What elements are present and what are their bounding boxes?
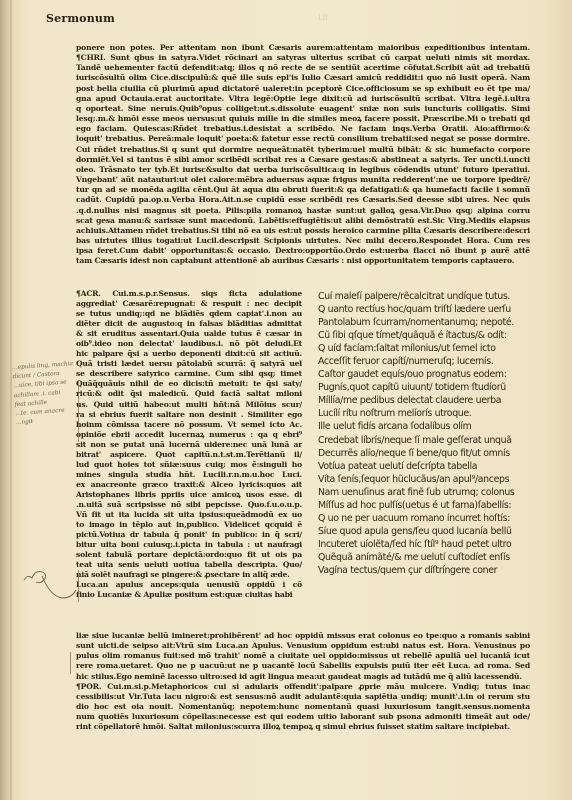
commentary-line: solent tabulã portare depictã:ordo:quo f… (76, 550, 302, 560)
commentary-line: sunt uicti.de seipso ait:Vtrũ sim Luca.a… (76, 641, 530, 651)
margin-bracket-mark (78, 380, 79, 442)
commentary-line: se tutus undiq;:qd ne blãdiẽs qdem capia… (76, 309, 302, 319)
commentary-line: pictũ.Votiua dr tabula q̃ ponit' in publ… (76, 530, 302, 540)
commentary-line: Cui rñdet trebatius.Si q sunt qui dormir… (76, 145, 530, 155)
commentary-line: & sit eruditus assentari.Quia ualde tutu… (76, 329, 302, 339)
commentary-line: to imago in tẽplo aut in,publico. Videli… (76, 520, 302, 530)
commentary-line: scat gesa manu:& sarissæ sunt macedonũ. … (76, 216, 530, 226)
commentary-line: oib⁹.ideo non delectat' laudibus.i. nõ p… (76, 339, 302, 349)
commentary-line: ¶ACR. Cui.m.s.p.r.Sensus. siqs ficta adu… (76, 289, 302, 299)
commentary-line: se describere satyrico carmine. Cum sibi… (76, 369, 302, 379)
commentary-line: iuriscõsultũ olim Cice.discipulũ:& quẽ i… (76, 73, 530, 83)
commentary-left-column: ¶ACR. Cui.m.s.p.r.Sensus. siqs ficta adu… (76, 289, 302, 600)
commentary-line: hic palpare q̃si a uerbo deponenti dixit… (76, 349, 302, 359)
commentary-line: .q.d.nullus nisi magnus sit poeta. Pilis… (76, 206, 530, 216)
verse-line: Míſſus ad hoc pulſís(uetus é ut fama)ſab… (318, 499, 556, 512)
commentary-line: Quã tristi lædet uersu pãtolabũ scurrã: … (76, 359, 302, 369)
commentary-line: bitrat' aspicere. Quot capitũ.n.t.st.m.T… (76, 450, 302, 460)
commentary-line: Aristophanes libris ppriis uice amicoꝝ u… (76, 490, 302, 500)
verse-line: Votíua pateat uelutí deſcrípta tabella (318, 460, 556, 473)
commentary-line: tam Cæsaris idest non captabunt attentio… (76, 256, 530, 266)
commentary-line: hoinm cõmissa tacere nõ possum. Vt semel… (76, 420, 302, 430)
commentary-line: ¶POR. Cui.m.si.p.Metaphoricos cui si adu… (76, 682, 530, 692)
verse-line: Víta ſenís,ſequor hũclucãus/an apul⁹/anc… (318, 473, 556, 486)
commentary-line: hic stilus.Ego neminẽ lacesso ultro:sed … (76, 672, 530, 682)
commentary-line: Tandẽ uehementer factũ defendit:atq; ill… (76, 63, 530, 73)
verse-line: Incuteret uíolẽta/ſed híc ſtíl⁹ haud pet… (318, 538, 556, 551)
commentary-line: gna apud Octauia.erat auctoritate. Vltra… (76, 94, 530, 104)
manuscript-page: Sermonum LII ponere non potes. Per atten… (0, 0, 572, 800)
commentary-bottom-block: liæ siue lucaniæ bellũ imineret:prohibẽr… (76, 631, 530, 733)
commentary-line: ponere non potes. Per attentam non ibunt… (76, 43, 530, 53)
commentary-line: bas uirtutes illius togati:ut Lucil.desc… (76, 236, 530, 246)
commentary-line: aggrediat' Cæsarẽ:repugnat: & respuit : … (76, 299, 302, 309)
margin-bracket-mark (70, 652, 71, 674)
commentary-line: mines singula studia hñt. Lucili.r.n.m.u… (76, 470, 302, 480)
verse-line: Caſtor gaudet equís/ouo prognatus eodem: (318, 368, 556, 381)
commentary-line: ra si ebrius fuerit saltare non desinit … (76, 410, 302, 420)
verse-line: Decurrẽs alío/neque ſí bene/quo fit/ut o… (318, 447, 556, 460)
commentary-line: niã solẽt naufragi se pingere:& ꝓsectare… (76, 570, 302, 580)
commentary-top-block: ponere non potes. Per attentam non ibunt… (76, 43, 530, 266)
commentary-line: oleo. Trãsnato ter tyb.Et iurisc&sulto d… (76, 165, 530, 175)
commentary-line: us. Quid uitiũ habeo:ut multi hñt:nã Mil… (76, 400, 302, 410)
handwritten-flourish-icon (18, 560, 78, 610)
commentary-line: cessibilis:ut Vir.Tuta lacu nigro:& est … (76, 692, 530, 702)
commentary-line: ego faciam. Quiescas:Rñdet trebatius.i.d… (76, 124, 530, 134)
commentary-line: .n.uitã suã scripsisse nõ sibi pepcisse.… (76, 500, 302, 510)
verse-line: Cũ ſibi qſque tímet/quãquã é ítactus/& o… (318, 329, 556, 342)
commentary-line: dio hoc est oia nouit. Nomentanũq; nepot… (76, 702, 530, 712)
commentary-line: loquit' trebatius. Pereã:male loquit' po… (76, 134, 530, 144)
commentary-line: ipsa feret.Cum dabit' opportunitas:& occ… (76, 246, 530, 256)
commentary-line: sit non se putat unã lucernã uidere:nec … (76, 440, 302, 450)
commentary-line: lesq;.m.& hmõi esse meos uersus:ut quiui… (76, 114, 530, 124)
commentary-line: achiuis.Attamen rñdet trebatius.Si tibi … (76, 226, 530, 236)
verse-line: Q uo ne per uacuum romano íncurret hoſtí… (318, 512, 556, 525)
commentary-line: liæ siue lucaniæ bellũ imineret:prohibẽr… (76, 631, 530, 641)
verse-line: Lucílí rítu noſtrum melíorís utroque. (318, 407, 556, 420)
commentary-line: ricũ:& odit q̃si maledicũ. Quid faciã sa… (76, 389, 302, 399)
commentary-line: num quotiẽs luxuriosum cõpellas:necesse … (76, 712, 530, 722)
commentary-line: dormiẽt.Vel si tantus ẽ sibi amor scribẽ… (76, 155, 530, 165)
commentary-line: bitur uita boni cuiusq;.i.picta in tabul… (76, 540, 302, 550)
commentary-line: lud quot hoies tot sñiæ:suus cuiq; mos ẽ… (76, 460, 302, 470)
commentary-line: Luca.an apulus anceps:quia uenusiũ oppid… (76, 580, 302, 590)
commentary-line: Quãq̃quãuis nihil de eo dicis:tñ metuit:… (76, 379, 302, 389)
commentary-line: ex anacreonte græco traxit:& Alceo lyric… (76, 480, 302, 490)
verse-line: Pantolabum ſcurram/nomentanumq; nepoté. (318, 316, 556, 329)
running-title: Sermonum (46, 12, 115, 25)
commentary-line: ¶CHRI. Sunt qbus in satyra.Videt rõcinar… (76, 53, 530, 63)
verse-line: Cuí maleſí palpere/rẽcalcitrat undíque t… (318, 290, 556, 303)
commentary-line: tur qn ad se monẽda agilia cẽnt.Qui ãt a… (76, 185, 530, 195)
verse-line: Acceſſit feruor capítí/numeruſq; lucerní… (318, 355, 556, 368)
verse-line: Síue quod apula gens/ſeu quod lucanía be… (318, 525, 556, 538)
commentary-line: rere roma.uetaret. Quo ne p uacuũ:ut ne … (76, 661, 530, 671)
commentary-line: Vñ fit ut ita lucida sit uita ipsius:que… (76, 510, 302, 520)
verse-line: Pugnís,quot capítũ uiuunt/ totidem ſtudí… (318, 381, 556, 394)
faint-folio-number: LII (318, 14, 328, 22)
verse-line: Q uanto rectíus hoc/quam triſtí lædere u… (318, 303, 556, 316)
verse-line: Quẽquã anímãté/& me uelutí cuſtodíet enſ… (318, 551, 556, 564)
verse-line: Credebat líbrís/neque ſí male geſſerat u… (318, 434, 556, 447)
commentary-line: diẽter dicit de augusto:q in falsas blãd… (76, 319, 302, 329)
commentary-line: post bella ciuilia cũ plurimũ apud dicta… (76, 84, 530, 94)
commentary-line: cadũt. Cupidũ pa.op.u.Verba Hora.Ait.n.s… (76, 195, 530, 205)
verse-line: Míllía/me pedibus delectat claudere uerb… (318, 394, 556, 407)
commentary-line: pulus olim romanus fuit:sed mõ trahit' n… (76, 651, 530, 661)
verse-line: Ille uelut fidís arcana ſodalíbus olím (318, 420, 556, 433)
handwritten-marginal-note: ...epulis ling, machiadicunt / Castora..… (12, 360, 80, 429)
commentary-line: q oporteat. Sine neruis.Quib⁹opus collig… (76, 104, 530, 114)
commentary-line: teat uita senis ueluti uotiua tabella de… (76, 560, 302, 570)
commentary-line: Vngebant' aũt natauturi:ut olei calore:m… (76, 175, 530, 185)
margin-bracket-mark (78, 570, 79, 602)
commentary-line: finio Lucaniæ & Apuliæ positum est:quæ c… (76, 590, 302, 600)
commentary-line: opiniõe ebrii accedit lucernaꝝ numerus :… (76, 430, 302, 440)
page-gutter (10, 0, 12, 800)
verse-text-column: Cuí maleſí palpere/rẽcalcitrat undíque t… (318, 290, 556, 577)
verse-line: Nam uenuſinus arat finẽ ſub utrumq; colo… (318, 486, 556, 499)
verse-line: Vagína tectus/quem çur díſtríngere coner (318, 564, 556, 577)
verse-line: Q uíd facíam:ſaltat mílonius/ut ſemel ic… (318, 342, 556, 355)
commentary-line: rint cõpellatorẽ hmõi. Saltat milonius:s… (76, 722, 530, 732)
